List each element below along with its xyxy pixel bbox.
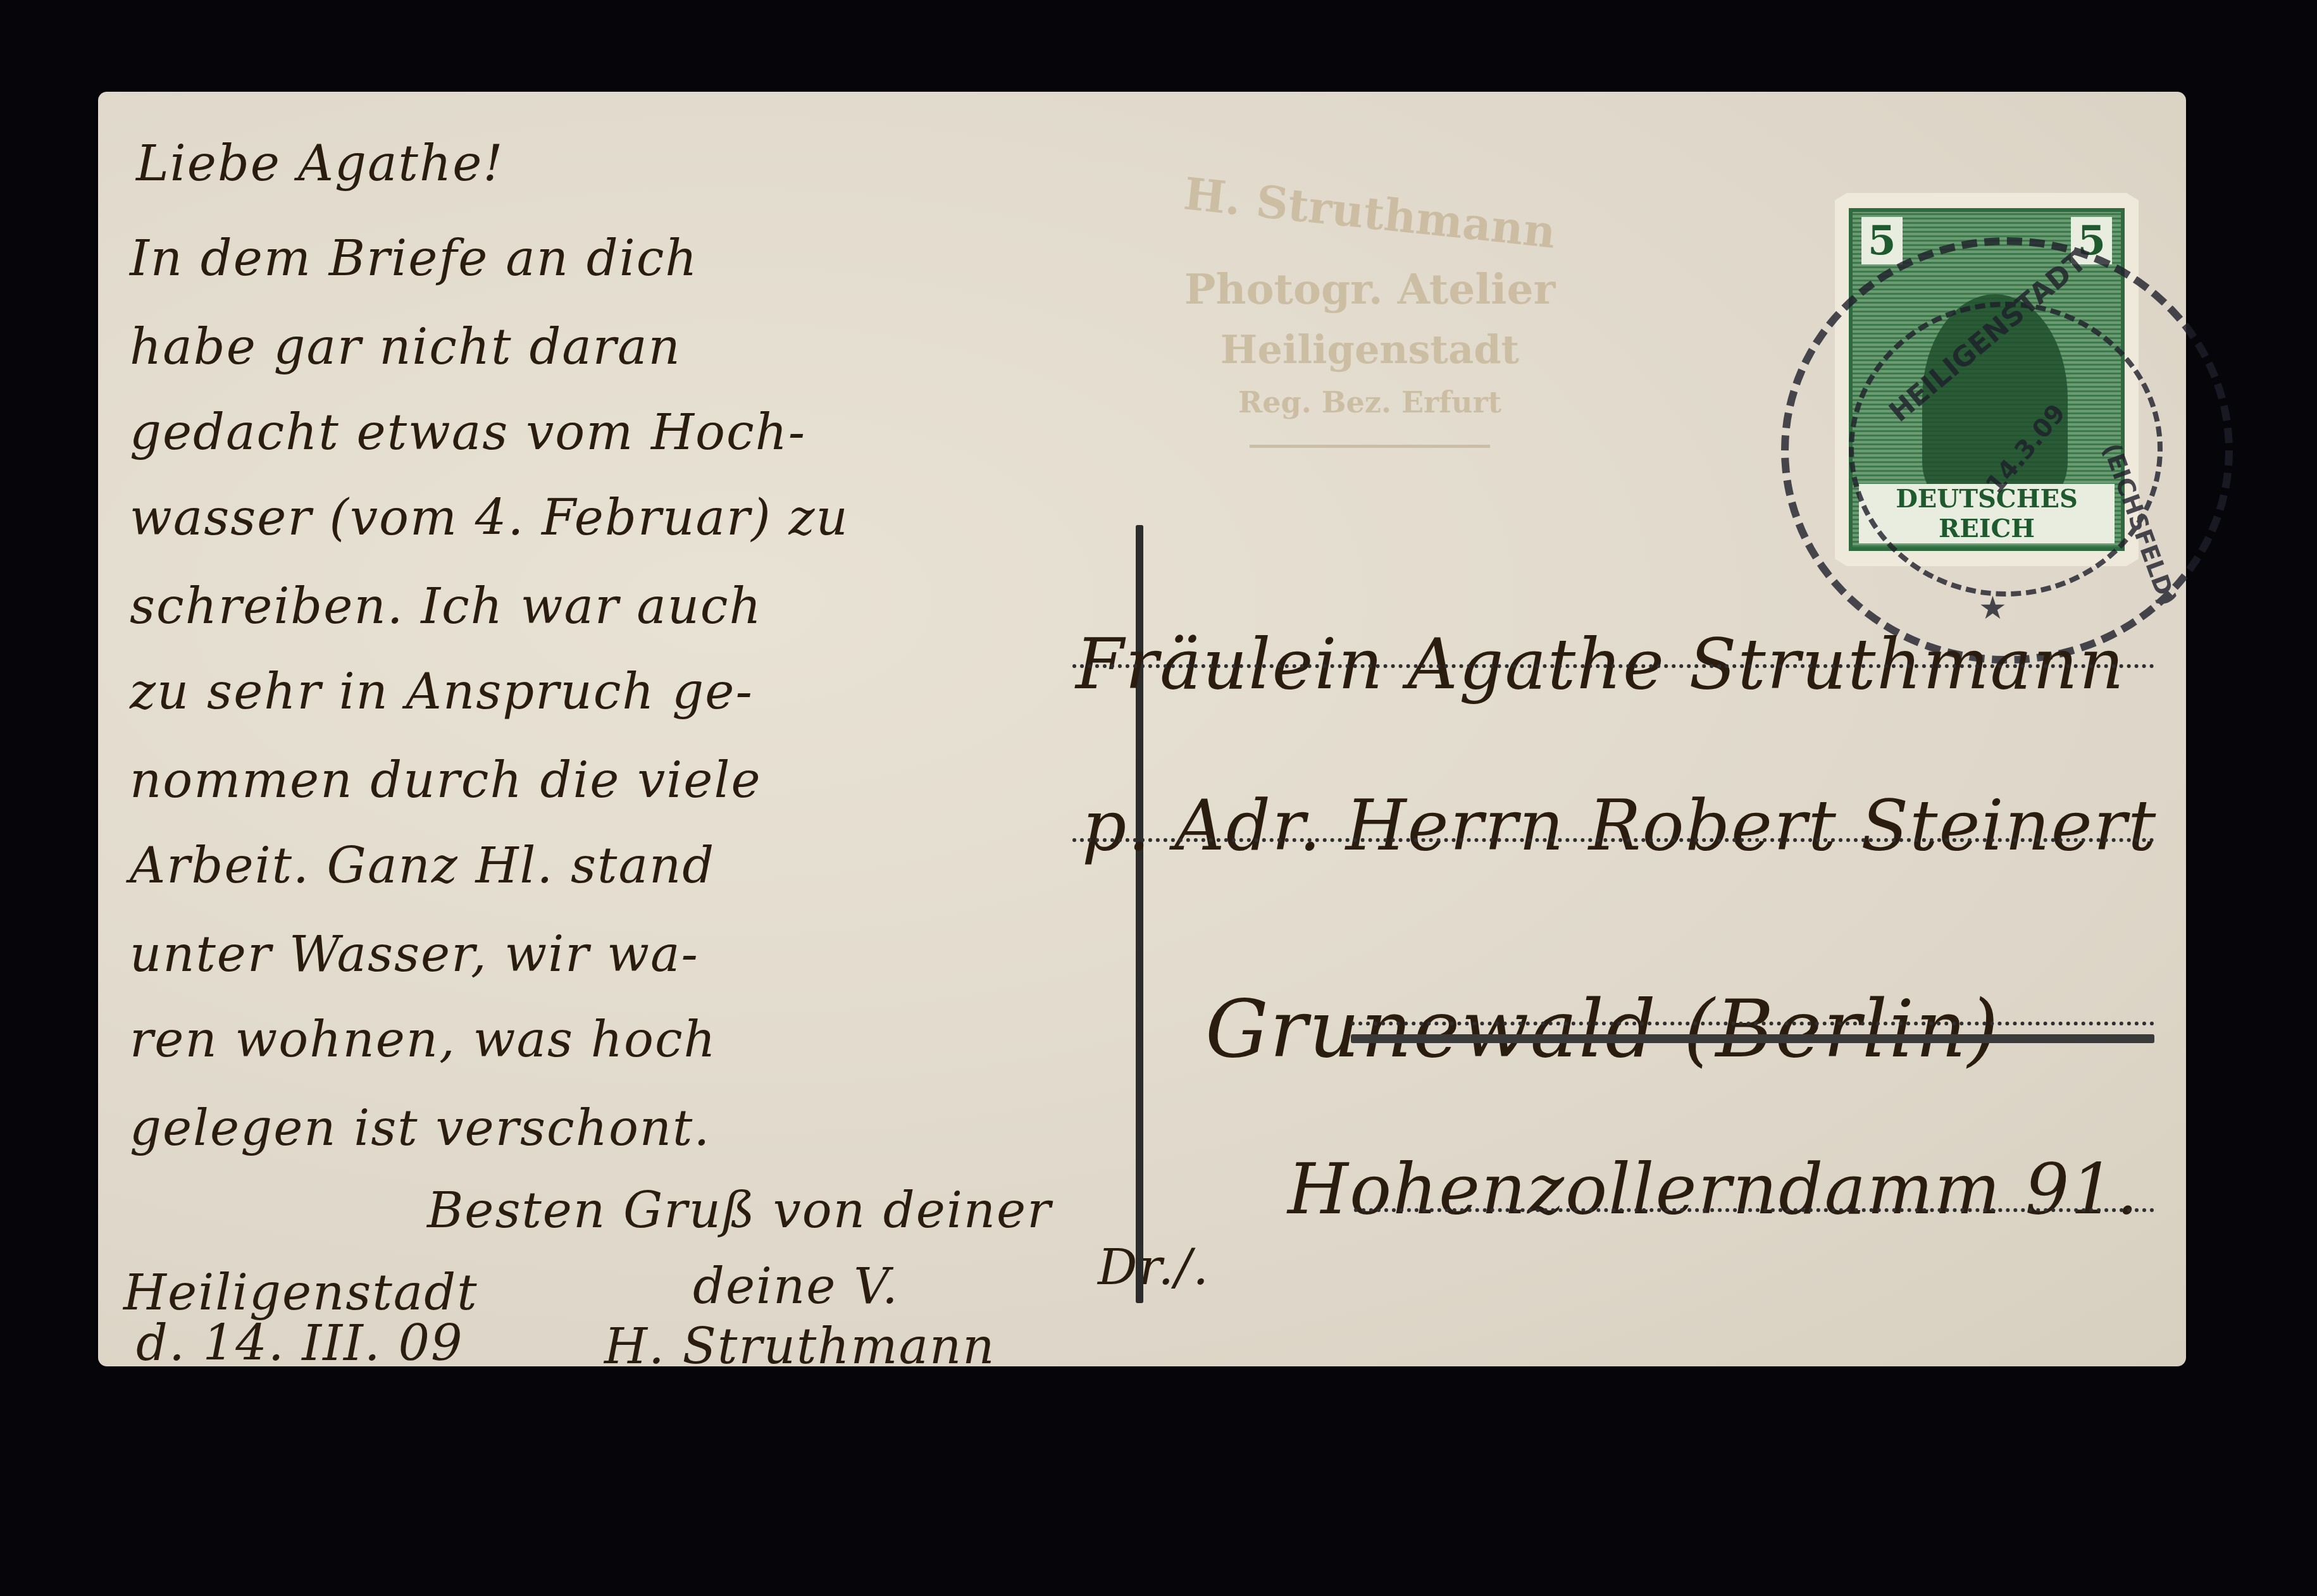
- address-rule-1: [1072, 664, 2154, 668]
- closing-line: Besten Gruß von deiner: [427, 1186, 1052, 1235]
- sender-date: d. 14. III. 09: [136, 1319, 464, 1368]
- imprint-rule: [1250, 445, 1490, 448]
- sender-place: Heiligenstadt: [123, 1268, 478, 1318]
- address-rule-3: [1351, 1022, 2154, 1025]
- signer-name: H. Struthmann: [604, 1322, 995, 1371]
- postmark-cancel: HEILIGENSTADT (EICHSFELD) 14.3.09 ★: [1781, 237, 2233, 664]
- studio-imprint: H. Struthmann Photogr. Atelier Heiligens…: [1085, 187, 1655, 448]
- signer-line1: deine V.: [693, 1262, 899, 1311]
- stamp-value-left: 5: [1861, 217, 1903, 264]
- address-street: Hohenzollerndamm 91.: [1288, 1154, 2140, 1224]
- message-line: zu sehr in Anspruch ge-: [130, 667, 754, 717]
- postcard: H. Struthmann Photogr. Atelier Heiligens…: [98, 92, 2186, 1366]
- address-rule-2: [1072, 838, 2154, 842]
- address-rule-4: [1354, 1208, 2154, 1212]
- imprint-line3: Heiligenstadt: [1085, 326, 1655, 373]
- message-line: Arbeit. Ganz Hl. stand: [130, 841, 715, 891]
- address-city: Grunewald (Berlin): [1205, 990, 1999, 1069]
- message-line: schreiben. Ich war auch: [130, 582, 762, 631]
- message-line: habe gar nicht daran: [130, 323, 681, 372]
- salutation: Liebe Agathe!: [136, 139, 504, 189]
- message-line: wasser (vom 4. Februar) zu: [130, 493, 849, 543]
- message-line: gelegen ist verschont.: [130, 1104, 711, 1153]
- imprint-line4: Reg. Bez. Erfurt: [1085, 385, 1655, 419]
- message-line: unter Wasser, wir wa-: [130, 930, 699, 979]
- address-care-of: p. Adr. Herrn Robert Steinert: [1082, 791, 2158, 860]
- message-line: In dem Briefe an dich: [130, 234, 699, 283]
- postmark-star-icon: ★: [1978, 590, 2007, 626]
- address-city-underline: [1351, 1034, 2154, 1043]
- message-line: nommen durch die viele: [130, 756, 762, 805]
- message-line: ren wohnen, was hoch: [130, 1015, 717, 1065]
- message-line: gedacht etwas vom Hoch-: [130, 408, 806, 457]
- imprint-line2: Photogr. Atelier: [1085, 264, 1655, 314]
- imprint-studio-name: H. Struthmann: [1084, 157, 1656, 269]
- margin-annotation: Dr./.: [1098, 1243, 1210, 1292]
